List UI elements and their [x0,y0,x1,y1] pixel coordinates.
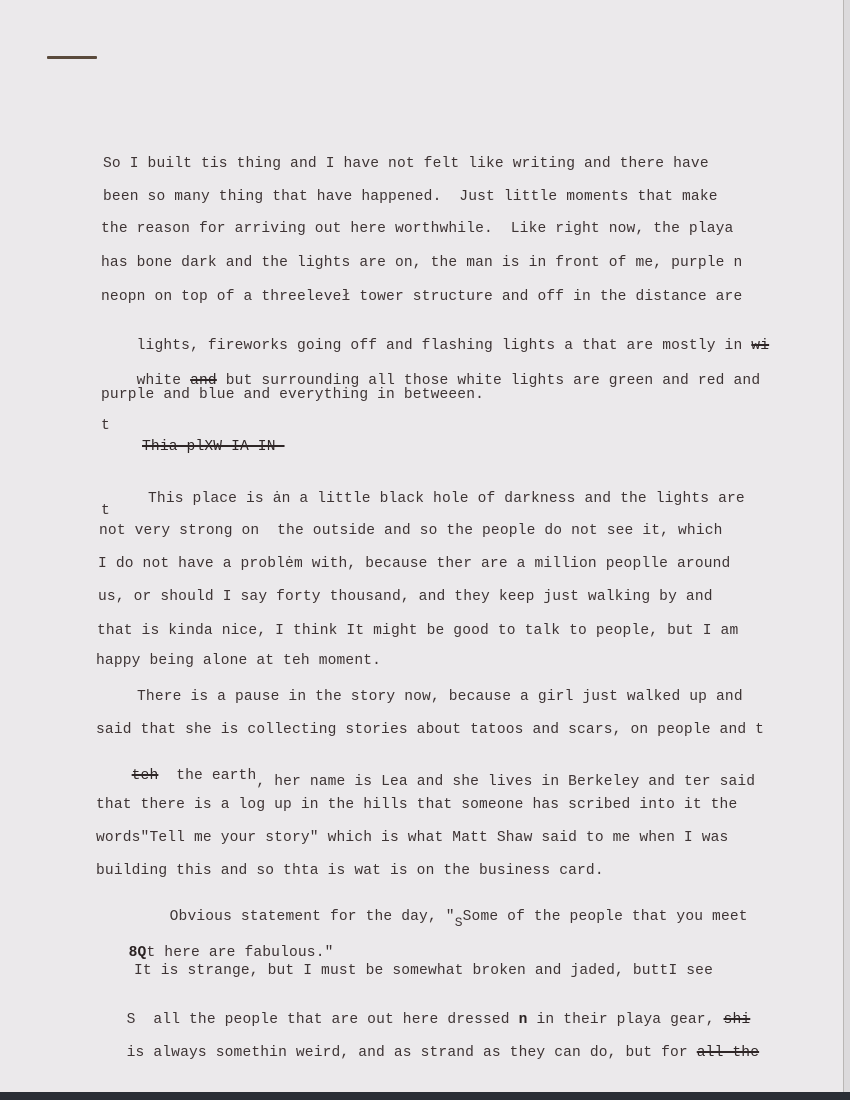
text-segment: t here are fabulous." [146,945,333,961]
text-line: the reason for arriving out here worthwh… [101,221,733,237]
struck-text: wi [751,338,769,354]
text-line: So I built tis thing and I have not felt… [103,156,709,172]
text-line: that is kinda nice, I think It might be … [97,623,738,639]
text-segment: all the people that are out here dressed [153,1012,509,1028]
text-segment: Some of the people that you meet [463,909,748,925]
text-segment: is always somethin weird, and as strand … [127,1045,688,1061]
text-line: not very strong on the outside and so th… [99,523,723,539]
text-line: us, or should I say forty thousand, and … [98,589,713,605]
struck-text: all-the [697,1045,759,1061]
text-line: This place is ȧn a little black hole of … [148,491,745,507]
text-line: has bone dark and the lights are on, the… [101,255,742,271]
text-line: There is a pause in the story now, becau… [137,689,743,705]
overstrike-text: n [519,1012,528,1028]
background-strip [0,1092,850,1100]
struck-text: teh [132,768,159,784]
text-line: purple and blue and everything in betwee… [101,387,484,403]
text-segment: in their playa gear, [536,1012,714,1028]
stray-mark: t [101,503,110,519]
struck-text: shi [724,1012,751,1028]
text-line: that there is a log up in the hills that… [96,797,737,813]
page-edge [844,0,850,1100]
paper-page: So I built tis thing and I have not felt… [0,0,844,1092]
stray-mark: S [127,1012,136,1028]
text-line: been so many thing that have happened. J… [103,189,718,205]
text-line: said that she is collecting stories abou… [96,722,764,738]
text-line: happy being alone at teh moment. [96,653,381,669]
text-segment: , her name is Lea and she lives in Berke… [256,774,755,790]
text-line: neopn on top of a threeleveł tower struc… [101,289,742,305]
text-line: It is strange, but I must be somewhat br… [134,963,713,979]
text-segment: lights, fireworks going off and flashing… [137,338,743,354]
text-segment: Obvious statement for the day, " [170,909,455,925]
text-line: teh the earth, her name is Lea and she l… [96,752,755,800]
dash-mark [47,56,97,59]
stray-mark: t [101,418,110,434]
overstrike-text: 8Q [129,945,147,961]
struck-line: Thia-plXW-IA-IN- [142,439,285,455]
text-segment: S [455,915,463,930]
text-line: building this and so thta is wat is on t… [96,863,604,879]
text-line: I do not have a problėm with, because th… [98,556,730,572]
text-segment: the earth [176,768,256,784]
text-line: words"Tell me your story" which is what … [96,830,728,846]
text-line: is always somethin weird, and as strand … [91,1029,759,1077]
